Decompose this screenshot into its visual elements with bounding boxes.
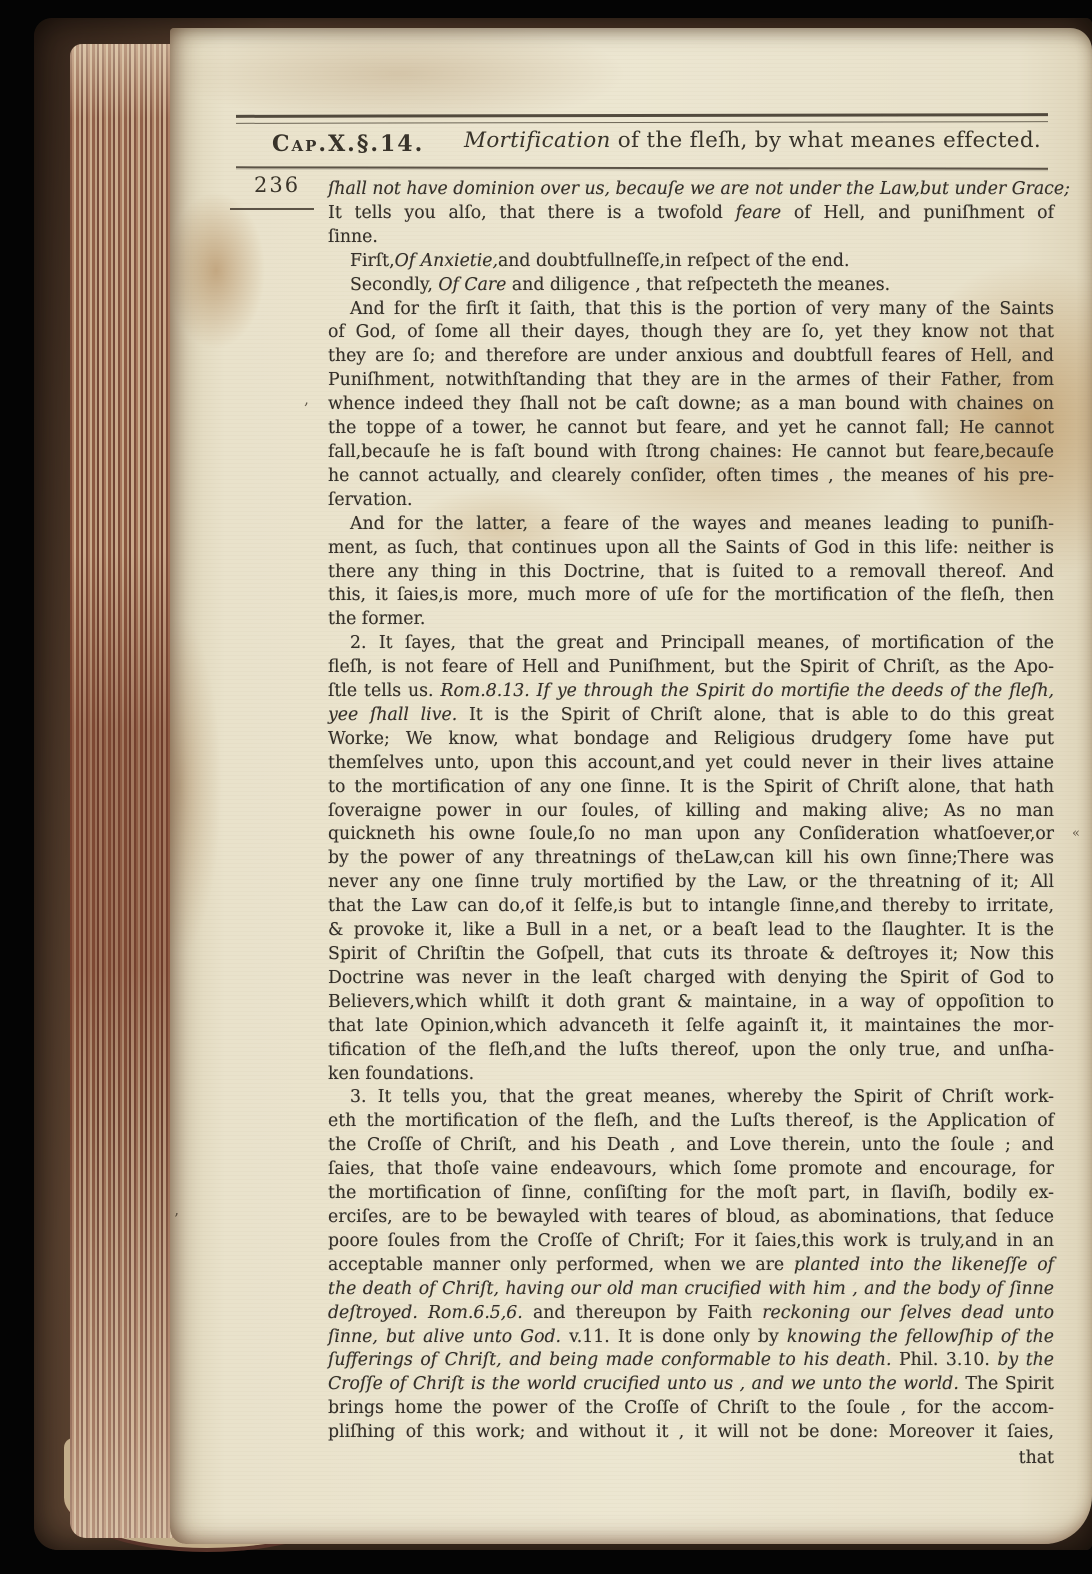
chapter-label: Cap.X.§.14. [272,131,424,157]
book-fore-edge [70,44,182,1538]
text-line: of God, of ſome all their dayes, though … [328,321,1054,345]
photo-background: Cap.X.§.14. Mortification of the fleſh, … [0,0,1092,1574]
text-line: he cannot actually, and clearely conſide… [328,465,1054,489]
ink-speck: ‚ [304,390,309,408]
text-line: this, it ſaies,is more, much more of uſe… [328,584,1054,608]
text-line: there any thing in this Doctrine, that i… [328,561,1054,585]
text-line: erciſes, are to be bewayled with teares … [328,1206,1054,1230]
text-line: Croſſe of Chriſt is the world crucified … [328,1373,1054,1397]
text-line: quickneth his owne ſoule,ſo no man upon … [328,823,1054,847]
text-line: the former. [328,608,1054,632]
text-line: they are ſo; and therefore are under anx… [328,345,1054,369]
running-header: Cap.X.§.14. Mortification of the fleſh, … [236,127,1048,163]
header-rule-bottom [236,166,1048,169]
text-line: Worke; We know, what bondage and Religio… [328,728,1054,752]
text-line: themſelves unto, upon this account,and y… [328,752,1054,776]
text-line: the mortification of ſinne, conſiſting f… [328,1182,1054,1206]
text-line: the death of Chriſt, having our old man … [328,1278,1054,1302]
text-line: ken foundations. [328,1063,1054,1087]
text-line: Firſt,Of Anxietie,and doubtfullneſſe,in … [328,250,1054,274]
text-line: It tells you alſo, that there is a twofo… [328,202,1054,226]
text-line: fleſh, is not feare of Hell and Puniſhme… [328,656,1054,680]
text-line: never any one ſinne truly mortified by t… [328,871,1054,895]
text-line: that the Law can do,of it ſelfe,is but t… [328,895,1054,919]
text-line: And for the firſt it ſaith, that this is… [328,298,1054,322]
text-line: whence indeed they ſhall not be caſt dow… [328,393,1054,417]
text-line: pliſhing of this work; and without it , … [328,1421,1054,1445]
text-line: ſhall not have dominion over us, becauſe… [328,178,1054,202]
text-line: the Croſſe of Chriſt, and his Death , an… [328,1134,1054,1158]
text-line: & provoke it, like a Bull in a net, or a… [328,919,1054,943]
page-title-italic: Mortification [464,128,611,153]
body-text: ſhall not have dominion over us, becauſe… [328,178,1054,1445]
text-line: yee ſhall live. It is the Spirit of Chri… [328,704,1054,728]
text-line: ſaies, that thoſe vaine endeavours, whic… [328,1158,1054,1182]
header-rule-top [236,113,1048,124]
ink-speck: ’ [174,1210,179,1228]
text-line: poore ſoules from the Croſſe of Chriſt; … [328,1230,1054,1254]
text-line: Doctrine was never in the leaſt charged … [328,967,1054,991]
book-page: Cap.X.§.14. Mortification of the fleſh, … [170,28,1092,1544]
page-number-rule [230,208,314,210]
text-line: Believers,which whilſt it doth grant & m… [328,991,1054,1015]
text-line: ſoveraigne power in our ſoules, of killi… [328,800,1054,824]
text-line: 3. It tells you, that the great meanes, … [328,1086,1054,1110]
text-line: ſufferings of Chriſt, and being made con… [328,1349,1054,1373]
page-number: 236 [254,173,300,197]
text-line: Spirit of Chriſtin the Goſpell, that cut… [328,943,1054,967]
text-line: brings home the power of the Croſſe of C… [328,1397,1054,1421]
text-line: Puniſhment, notwithſtanding that they ar… [328,369,1054,393]
text-line: to the mortification of any one ſinne. I… [328,776,1054,800]
text-line: 2. It ſayes, that the great and Principa… [328,632,1054,656]
text-line: ment, as ſuch, that continues upon all t… [328,537,1054,561]
text-line: Secondly, Of Care and diligence , that r… [328,274,1054,298]
text-line: ſinne. [328,226,1054,250]
text-line: ſinne, but alive unto God. v.11. It is d… [328,1326,1054,1350]
text-line: eth the mortification of the fleſh, and … [328,1110,1054,1134]
page-title: Mortification of the fleſh, by what mean… [464,128,1041,153]
text-line: acceptable manner only performed, when w… [328,1254,1054,1278]
text-line: ſervation. [328,489,1054,513]
text-line: And for the latter, a feare of the wayes… [328,513,1054,537]
text-line: fall,becauſe he is faſt bound with ſtron… [328,441,1054,465]
text-line: ſtle tells us. Rom.8.13. If ye through t… [328,680,1054,704]
text-line: by the power of any threatnings of theLa… [328,847,1054,871]
page-title-rest: of the fleſh, by what meanes effected. [611,128,1041,153]
text-line: deſtroyed. Rom.6.5,6. and thereupon by F… [328,1302,1054,1326]
text-line: tification of the fleſh,and the luſts th… [328,1039,1054,1063]
text-line: the toppe of a tower, he cannot but fear… [328,417,1054,441]
text-line: that late Opinion,which advanceth it ſel… [328,1015,1054,1039]
ink-speck: « [1072,826,1080,841]
catchword: that [328,1446,1068,1470]
